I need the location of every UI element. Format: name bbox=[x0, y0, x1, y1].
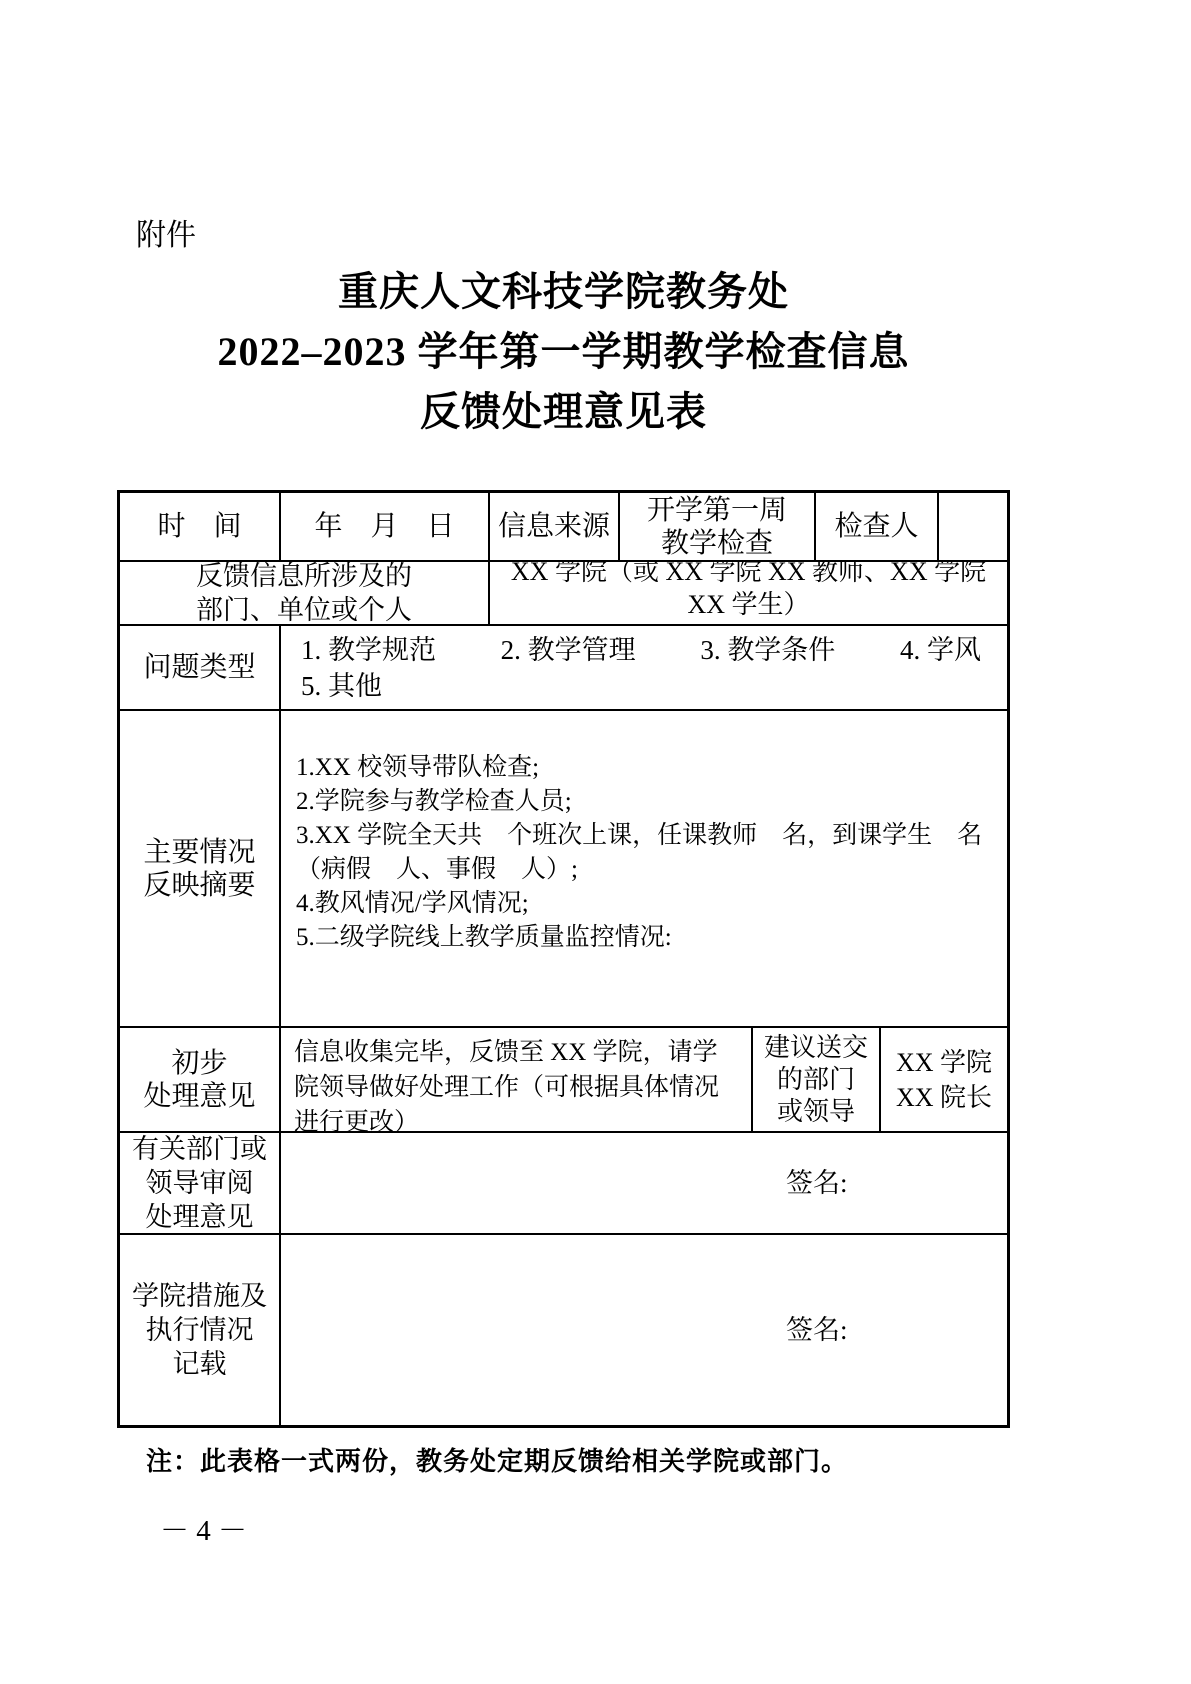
involved-label-line-2: 部门、单位或个人 bbox=[196, 593, 412, 624]
preliminary-label-line-1: 初步 bbox=[171, 1047, 227, 1080]
summary-item: 1.XX 校领导带队检查; bbox=[296, 751, 991, 785]
option-1: 1. 教学规范 bbox=[301, 632, 436, 668]
suggest-value-line-1: XX 学院 bbox=[896, 1045, 992, 1080]
title-line-3: 反馈处理意见表 bbox=[117, 382, 1010, 442]
problem-type-label-cell: 问题类型 bbox=[120, 626, 281, 709]
option-2: 2. 教学管理 bbox=[501, 632, 636, 668]
table-row-preliminary: 初步 处理意见 信息收集完毕，反馈至 XX 学院，请学院领导做好处理工作（可根据… bbox=[120, 1028, 1007, 1133]
source-value-line-1: 开学第一周 bbox=[647, 494, 787, 527]
footnote: 注：此表格一式两份，教务处定期反馈给相关学院或部门。 bbox=[146, 1441, 848, 1478]
summary-item: 2.学院参与教学检查人员; bbox=[296, 785, 991, 819]
title-line-1: 重庆人文科技学院教务处 bbox=[117, 262, 1010, 322]
table-row-header: 时 间 年 月 日 信息来源 开学第一周 教学检查 检查人 bbox=[120, 493, 1007, 562]
summary-label-line-1: 主要情况 bbox=[143, 836, 255, 869]
source-value-line-2: 教学检查 bbox=[661, 527, 773, 560]
problem-type-options-line-1: 1. 教学规范 2. 教学管理 3. 教学条件 4. 学风 bbox=[301, 632, 981, 668]
table-row-involved: 反馈信息所涉及的 部门、单位或个人 XX 学院（或 XX 学院 XX 教师、XX… bbox=[120, 562, 1007, 626]
suggest-value-cell: XX 学院 XX 院长 bbox=[881, 1028, 1007, 1131]
suggest-label-cell: 建议送交 的部门 或领导 bbox=[753, 1028, 881, 1131]
involved-label-line-1: 反馈信息所涉及的 bbox=[196, 562, 412, 593]
involved-label-cell: 反馈信息所涉及的 部门、单位或个人 bbox=[120, 562, 490, 624]
review-label-line-2: 领导审阅 bbox=[146, 1166, 254, 1200]
preliminary-label-line-2: 处理意见 bbox=[143, 1080, 255, 1113]
option-3: 3. 教学条件 bbox=[700, 632, 835, 668]
table-row-summary: 主要情况 反映摘要 1.XX 校领导带队检查; 2.学院参与教学检查人员; 3.… bbox=[120, 711, 1007, 1028]
review-label-cell: 有关部门或 领导审阅 处理意见 bbox=[120, 1133, 281, 1233]
title-line-2: 2022–2023 学年第一学期教学检查信息 bbox=[117, 322, 1010, 382]
inspector-value-cell bbox=[939, 493, 1007, 560]
review-label-line-1: 有关部门或 bbox=[132, 1133, 267, 1166]
review-label-line-3: 处理意见 bbox=[146, 1200, 254, 1233]
time-label-cell: 时 间 bbox=[120, 493, 281, 560]
record-label-cell: 学院措施及 执行情况 记载 bbox=[120, 1235, 281, 1425]
summary-label-cell: 主要情况 反映摘要 bbox=[120, 711, 281, 1026]
record-label-line-1: 学院措施及 bbox=[132, 1279, 267, 1313]
problem-type-options-line-2: 5. 其他 bbox=[301, 668, 981, 704]
feedback-table: 时 间 年 月 日 信息来源 开学第一周 教学检查 检查人 反馈信息所涉及的 部… bbox=[117, 490, 1010, 1428]
source-value-cell: 开学第一周 教学检查 bbox=[620, 493, 816, 560]
source-label-cell: 信息来源 bbox=[490, 493, 620, 560]
preliminary-label-cell: 初步 处理意见 bbox=[120, 1028, 281, 1131]
document-title: 重庆人文科技学院教务处 2022–2023 学年第一学期教学检查信息 反馈处理意… bbox=[117, 262, 1010, 442]
preliminary-value-cell: 信息收集完毕，反馈至 XX 学院，请学院领导做好处理工作（可根据具体情况进行更改… bbox=[281, 1028, 753, 1131]
attachment-label: 附件 bbox=[136, 210, 196, 254]
page-number: － 4 － bbox=[160, 1508, 247, 1549]
suggest-label-line-1: 建议送交 bbox=[764, 1032, 868, 1064]
summary-item: 4.教风情况/学风情况; bbox=[296, 887, 991, 921]
summary-label-line-2: 反映摘要 bbox=[143, 869, 255, 902]
record-sign-cell: 签名: bbox=[281, 1235, 1007, 1425]
involved-value-cell: XX 学院（或 XX 学院 XX 教师、XX 学院 XX 学生） bbox=[490, 562, 1007, 624]
table-row-review: 有关部门或 领导审阅 处理意见 签名: bbox=[120, 1133, 1007, 1235]
table-row-problem-type: 问题类型 1. 教学规范 2. 教学管理 3. 教学条件 4. 学风 5. 其他 bbox=[120, 626, 1007, 711]
document-page: { "page": { "attachment": "附件", "title_l… bbox=[0, 0, 1191, 1684]
record-sign-label: 签名: bbox=[786, 1314, 848, 1347]
suggest-label-line-3: 或领导 bbox=[777, 1096, 855, 1128]
suggest-value-line-2: XX 院长 bbox=[896, 1080, 992, 1115]
problem-type-options-cell: 1. 教学规范 2. 教学管理 3. 教学条件 4. 学风 5. 其他 bbox=[281, 626, 1007, 709]
time-value-cell: 年 月 日 bbox=[281, 493, 490, 560]
record-label-line-2: 执行情况 bbox=[146, 1313, 254, 1347]
summary-item: 3.XX 学院全天共 个班次上课，任课教师 名，到课学生 名（病假 人、事假 人… bbox=[296, 819, 991, 887]
record-label-line-3: 记载 bbox=[173, 1347, 227, 1381]
summary-item: 5.二级学院线上教学质量监控情况: bbox=[296, 921, 991, 955]
table-row-record: 学院措施及 执行情况 记载 签名: bbox=[120, 1235, 1007, 1425]
summary-content-cell: 1.XX 校领导带队检查; 2.学院参与教学检查人员; 3.XX 学院全天共 个… bbox=[281, 711, 1007, 1026]
review-sign-cell: 签名: bbox=[281, 1133, 1007, 1233]
option-4: 4. 学风 bbox=[900, 632, 981, 668]
suggest-label-line-2: 的部门 bbox=[777, 1064, 855, 1096]
inspector-label-cell: 检查人 bbox=[816, 493, 939, 560]
review-sign-label: 签名: bbox=[786, 1167, 848, 1200]
